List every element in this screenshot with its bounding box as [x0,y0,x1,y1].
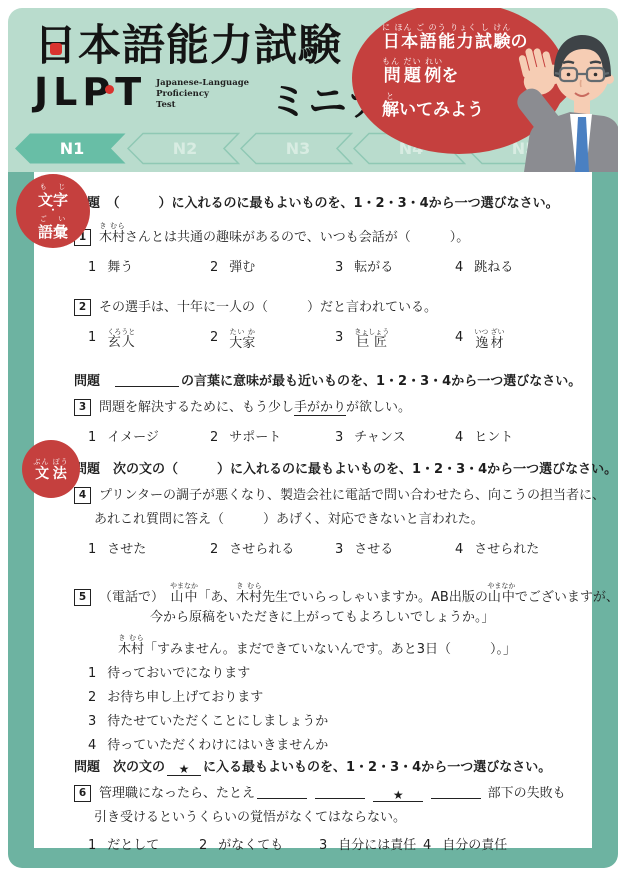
option: 1イメージ [88,428,210,448]
option: 2させられる [210,540,335,560]
question-1-stem: 1木村き むらさんとは共通の趣味があるので、いつも会話が（ ）。 [74,222,469,248]
question-4-stem-line2: あれこれ質問に答え（ ）あげく、対応できないと言われた。 [94,510,484,530]
option: 3チャンス [335,428,455,448]
question-5-option: 4待っていただくわけにはいきませんか [88,736,328,756]
tab-n1[interactable]: N1 [14,132,127,165]
option: 4自分の責任 [423,836,507,856]
logo-subtext-line: Proficiency [156,89,249,100]
question-2-stem: 2その選手は、十年に一人の（ ）だと言われている。 [74,298,437,318]
option: 4逸材いつ ざい [455,328,505,354]
option: 4させられた [455,540,539,560]
question-number-box: 4 [74,487,91,504]
option: 1させた [88,540,210,560]
page: 日本語能力試験 JLPT Japanese-Language Proficien… [0,0,626,876]
option: 3転がる [335,258,455,278]
option: 2大家たい か [210,328,335,354]
question-3-stem: 3問題を解決するために、もう少し手がかりが欲しい。 [74,398,411,418]
option: 4跳ねる [455,258,513,278]
tab-n3[interactable]: N3 [240,132,353,165]
question-5-stem-line3: 木村き むら「すみません。まだできていないんです。あと3日（ ）。」 [118,634,516,660]
question-5-option: 2お待ち申し上げております [88,688,263,708]
question-3-options: 1イメージ 2サポート 3チャンス 4ヒント [88,428,513,448]
option: 3巨匠きょしょう [335,328,455,354]
question-number-box: 2 [74,299,91,316]
option: 1舞う [88,258,210,278]
question-5-stem: 5（電話で） 山中やまなか「あ、木村き むら先生でいらっしゃいますか。AB出版の… [74,582,619,608]
logo-subtext-line: Test [156,100,249,111]
option: 3自分には責任 [319,836,423,856]
option: 2サポート [210,428,335,448]
option: 1玄人くろうと [88,328,210,354]
tab-n2[interactable]: N2 [127,132,240,165]
option: 3させる [335,540,455,560]
svg-text:N3: N3 [286,139,311,158]
question-2-options: 1玄人くろうと 2大家たい か 3巨匠きょしょう 4逸材いつ ざい [88,328,505,354]
badge-line: 文字も じ [16,183,90,208]
section-heading-3: 問題 次の文の（ ）に入れるのに最もよいものを、1・2・3・4から一つ選びなさい… [74,460,617,480]
badge-bunpou: 文法ぶん ぽう [22,440,80,498]
sun-dot-icon [50,43,62,55]
question-5-option: 3待たせていただくことにしましょうか [88,712,328,732]
content-frame: 文字も じ ・ 語彙ご い 文法ぶん ぽう 問題 （ ）に入れるのに最もよいもの… [8,172,618,868]
question-number-box: 5 [74,589,91,606]
section-heading-2: 問題 の言葉に意味が最も近いものを、1・2・3・4から一つ選びなさい。 [74,372,581,392]
question-6-stem: 6管理職になったら、たとえ ★ 部下の失敗も [74,784,566,804]
question-number-box: 3 [74,399,91,416]
question-4-options: 1させた 2させられる 3させる 4させられた [88,540,539,560]
man-illustration [508,22,618,172]
logo-subtext-line: Japanese-Language [156,78,249,89]
question-4-stem: 4プリンターの調子が悪くなり、製造会社に電話で問い合わせたら、向こうの担当者に、 [74,486,605,506]
logo-subtext: Japanese-Language Proficiency Test [156,78,249,111]
svg-text:N2: N2 [173,139,198,158]
title-first-char: 日 [34,24,78,69]
section-heading-4: 問題 次の文の★に入る最もよいものを、1・2・3・4から一つ選びなさい。 [74,758,551,778]
jlpt-logo: JLPT [34,73,146,111]
question-6-options: 1だとして 2がなくても 3自分には責任 4自分の責任 [88,836,507,856]
badge-line: 文法ぶん ぽう [22,458,80,481]
section-heading-1: 問題 （ ）に入れるのに最もよいものを、1・2・3・4から一つ選びなさい。 [74,194,559,214]
question-number-box: 6 [74,785,91,802]
badge-moji-goi: 文字も じ ・ 語彙ご い [16,174,90,248]
content: 文字も じ ・ 語彙ご い 文法ぶん ぽう 問題 （ ）に入れるのに最もよいもの… [34,172,592,848]
question-1-options: 1舞う 2弾む 3転がる 4跳ねる [88,258,513,278]
header: 日本語能力試験 JLPT Japanese-Language Proficien… [8,8,618,172]
question-5-option: 1待っておいでになります [88,664,250,684]
badge-separator-dot: ・ [16,208,90,215]
option: 2弾む [210,258,335,278]
badge-line: 語彙ご い [16,215,90,240]
title-rest: 本語能力試験 [78,21,342,71]
question-5-stem-line2: 今から原稿をいただきに上がってもよろしいでしょうか。」 [150,608,495,628]
option: 4ヒント [455,428,513,448]
svg-text:N1: N1 [60,139,85,158]
question-6-stem-line2: 引き受けるというくらいの覚悟がなくてはならない。 [94,808,406,828]
option: 2がなくても [199,836,319,856]
option: 1だとして [88,836,199,856]
logo-dot-icon [105,85,114,94]
